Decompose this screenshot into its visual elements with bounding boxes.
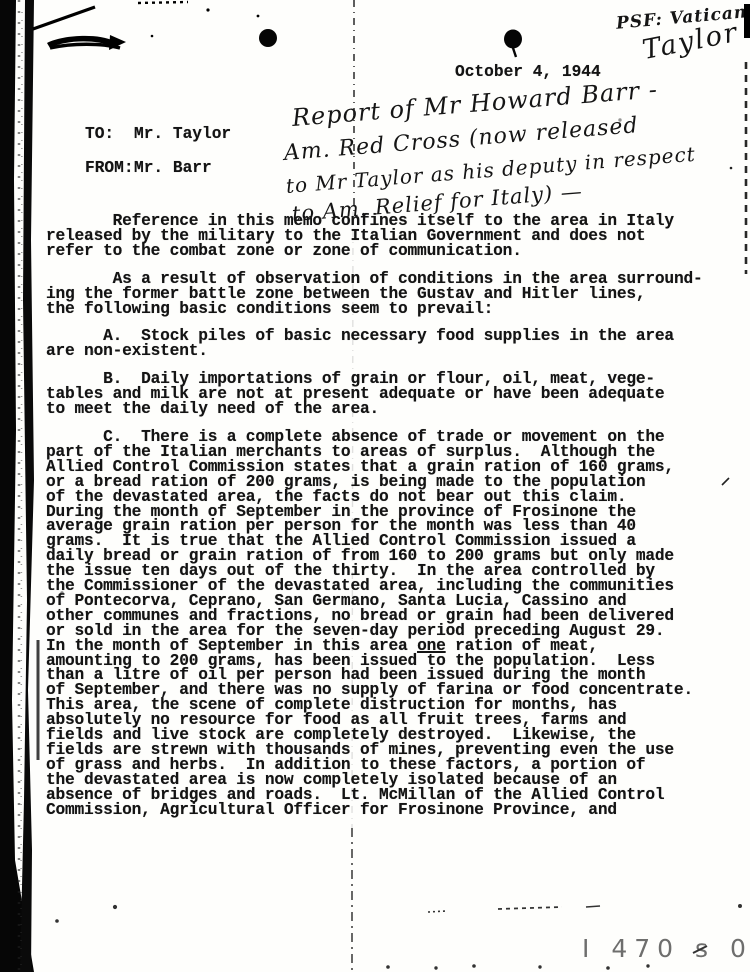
- paragraph-item-a: A. Stock piles of basic necessary food s…: [46, 329, 736, 359]
- to-value: Mr. Taylor: [134, 126, 231, 142]
- paragraph-observation: As a result of observation of conditions…: [46, 272, 736, 317]
- from-label: FROM:: [85, 160, 134, 176]
- paragraph-reference: Reference in this memo confines itself t…: [46, 214, 736, 259]
- memo-date: October 4, 1944: [455, 64, 601, 80]
- punch-hole-dots: [259, 29, 522, 57]
- item-c-text-post: ration of meat, amounting to 200 grams, …: [46, 637, 693, 819]
- paragraph-item-b: B. Daily importations of grain or flour,…: [46, 372, 736, 417]
- to-label: TO:: [85, 126, 114, 142]
- archive-number-pencil-mark: I 470 s 01: [582, 934, 750, 963]
- from-value: Mr. Barr: [134, 160, 212, 176]
- paragraph-item-c: C. There is a complete absence of trade …: [46, 430, 736, 818]
- binding-edge-artifact: [0, 0, 38, 972]
- memo-body: Reference in this memo confines itself t…: [46, 214, 736, 831]
- item-c-text-pre: C. There is a complete absence of trade …: [46, 428, 674, 655]
- scanned-memo-page: PSF: Vatican Taylor October 4, 1944 TO: …: [0, 0, 750, 972]
- pen-scribble-artifact: [33, 2, 259, 50]
